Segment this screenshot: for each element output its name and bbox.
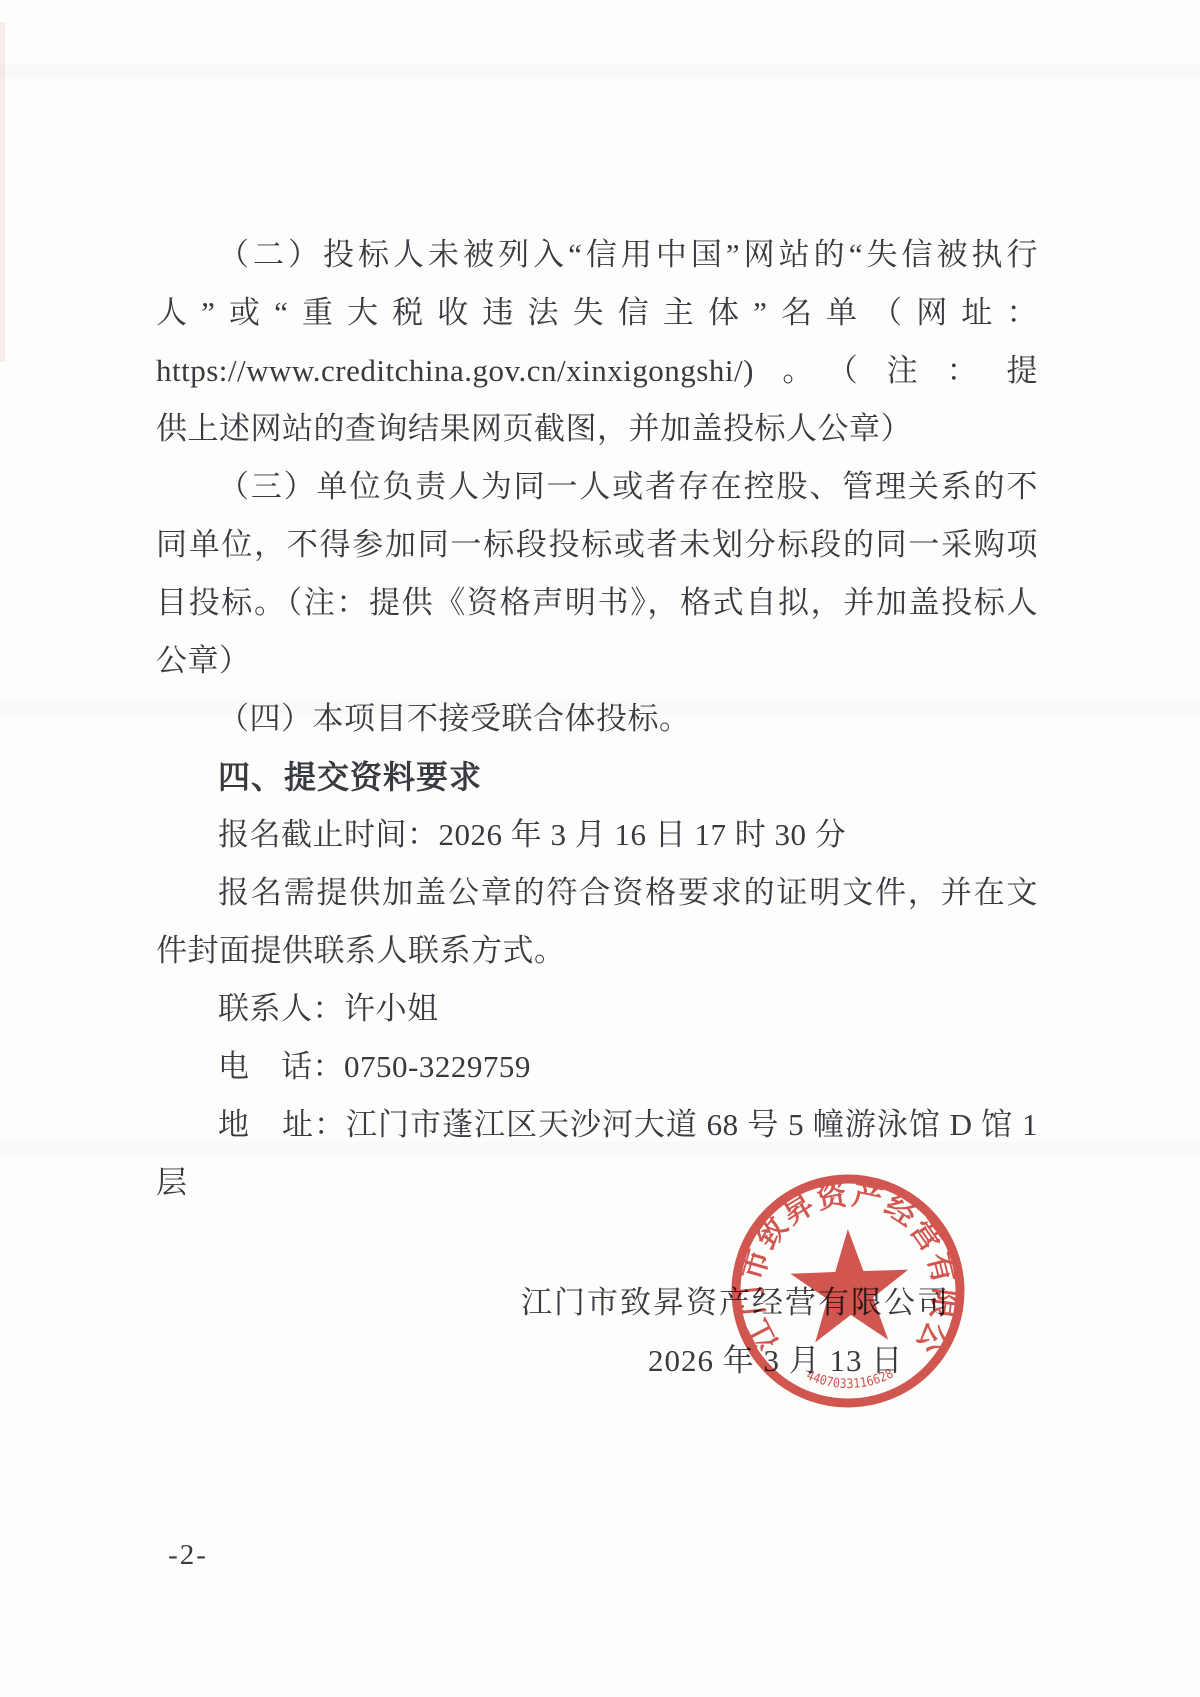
- contact-address-line: 地 址：江门市蓬江区天沙河大道 68 号 5 幢游泳馆 D 馆 1: [156, 1096, 1038, 1154]
- body-line: 公章）: [156, 632, 1038, 690]
- contact-person-line: 联系人：许小姐: [156, 980, 1038, 1038]
- document-body: （二）投标人未被列入“信用中国”网站的“失信被执行 人”或“重大税收违法失信主体…: [156, 226, 1038, 1212]
- body-line: 供上述网站的查询结果网页截图，并加盖投标人公章）: [156, 400, 1038, 458]
- body-line: 件封面提供联系人联系方式。: [156, 922, 1038, 980]
- body-line: （三）单位负责人为同一人或者存在控股、管理关系的不: [156, 458, 1038, 516]
- scanned-document-page: { "body": { "lines": [ "（二）投标人未被列入“信用中国”…: [0, 0, 1200, 1697]
- scan-artifact-edge: [0, 22, 5, 362]
- scan-artifact-band: [0, 64, 1200, 78]
- body-line: 报名需提供加盖公章的符合资格要求的证明文件，并在文: [156, 864, 1038, 922]
- body-line: 同单位，不得参加同一标段投标或者未划分标段的同一采购项: [156, 516, 1038, 574]
- body-line: 报名截止时间：2026 年 3 月 16 日 17 时 30 分: [156, 806, 1038, 864]
- body-line: （二）投标人未被列入“信用中国”网站的“失信被执行: [156, 226, 1038, 284]
- body-line: https://www.creditchina.gov.cn/xinxigong…: [156, 342, 1038, 400]
- seal-serial-number: 4407033116628: [803, 1365, 896, 1393]
- page-number: -2-: [128, 1528, 248, 1582]
- body-line: 人”或“重大税收违法失信主体”名单（网址：: [156, 284, 1038, 342]
- section-heading: 四、提交资料要求: [156, 748, 1038, 806]
- seal-star: [789, 1227, 911, 1343]
- svg-text:4407033116628: 4407033116628: [803, 1365, 896, 1393]
- contact-phone-line: 电 话：0750-3229759: [156, 1038, 1038, 1096]
- body-line: （四）本项目不接受联合体投标。: [156, 690, 1038, 748]
- company-seal: 江门市致昇资产经营有限公司 4407033116628: [714, 1157, 983, 1426]
- body-line: 目投标。（注：提供《资格声明书》，格式自拟，并加盖投标人: [156, 574, 1038, 632]
